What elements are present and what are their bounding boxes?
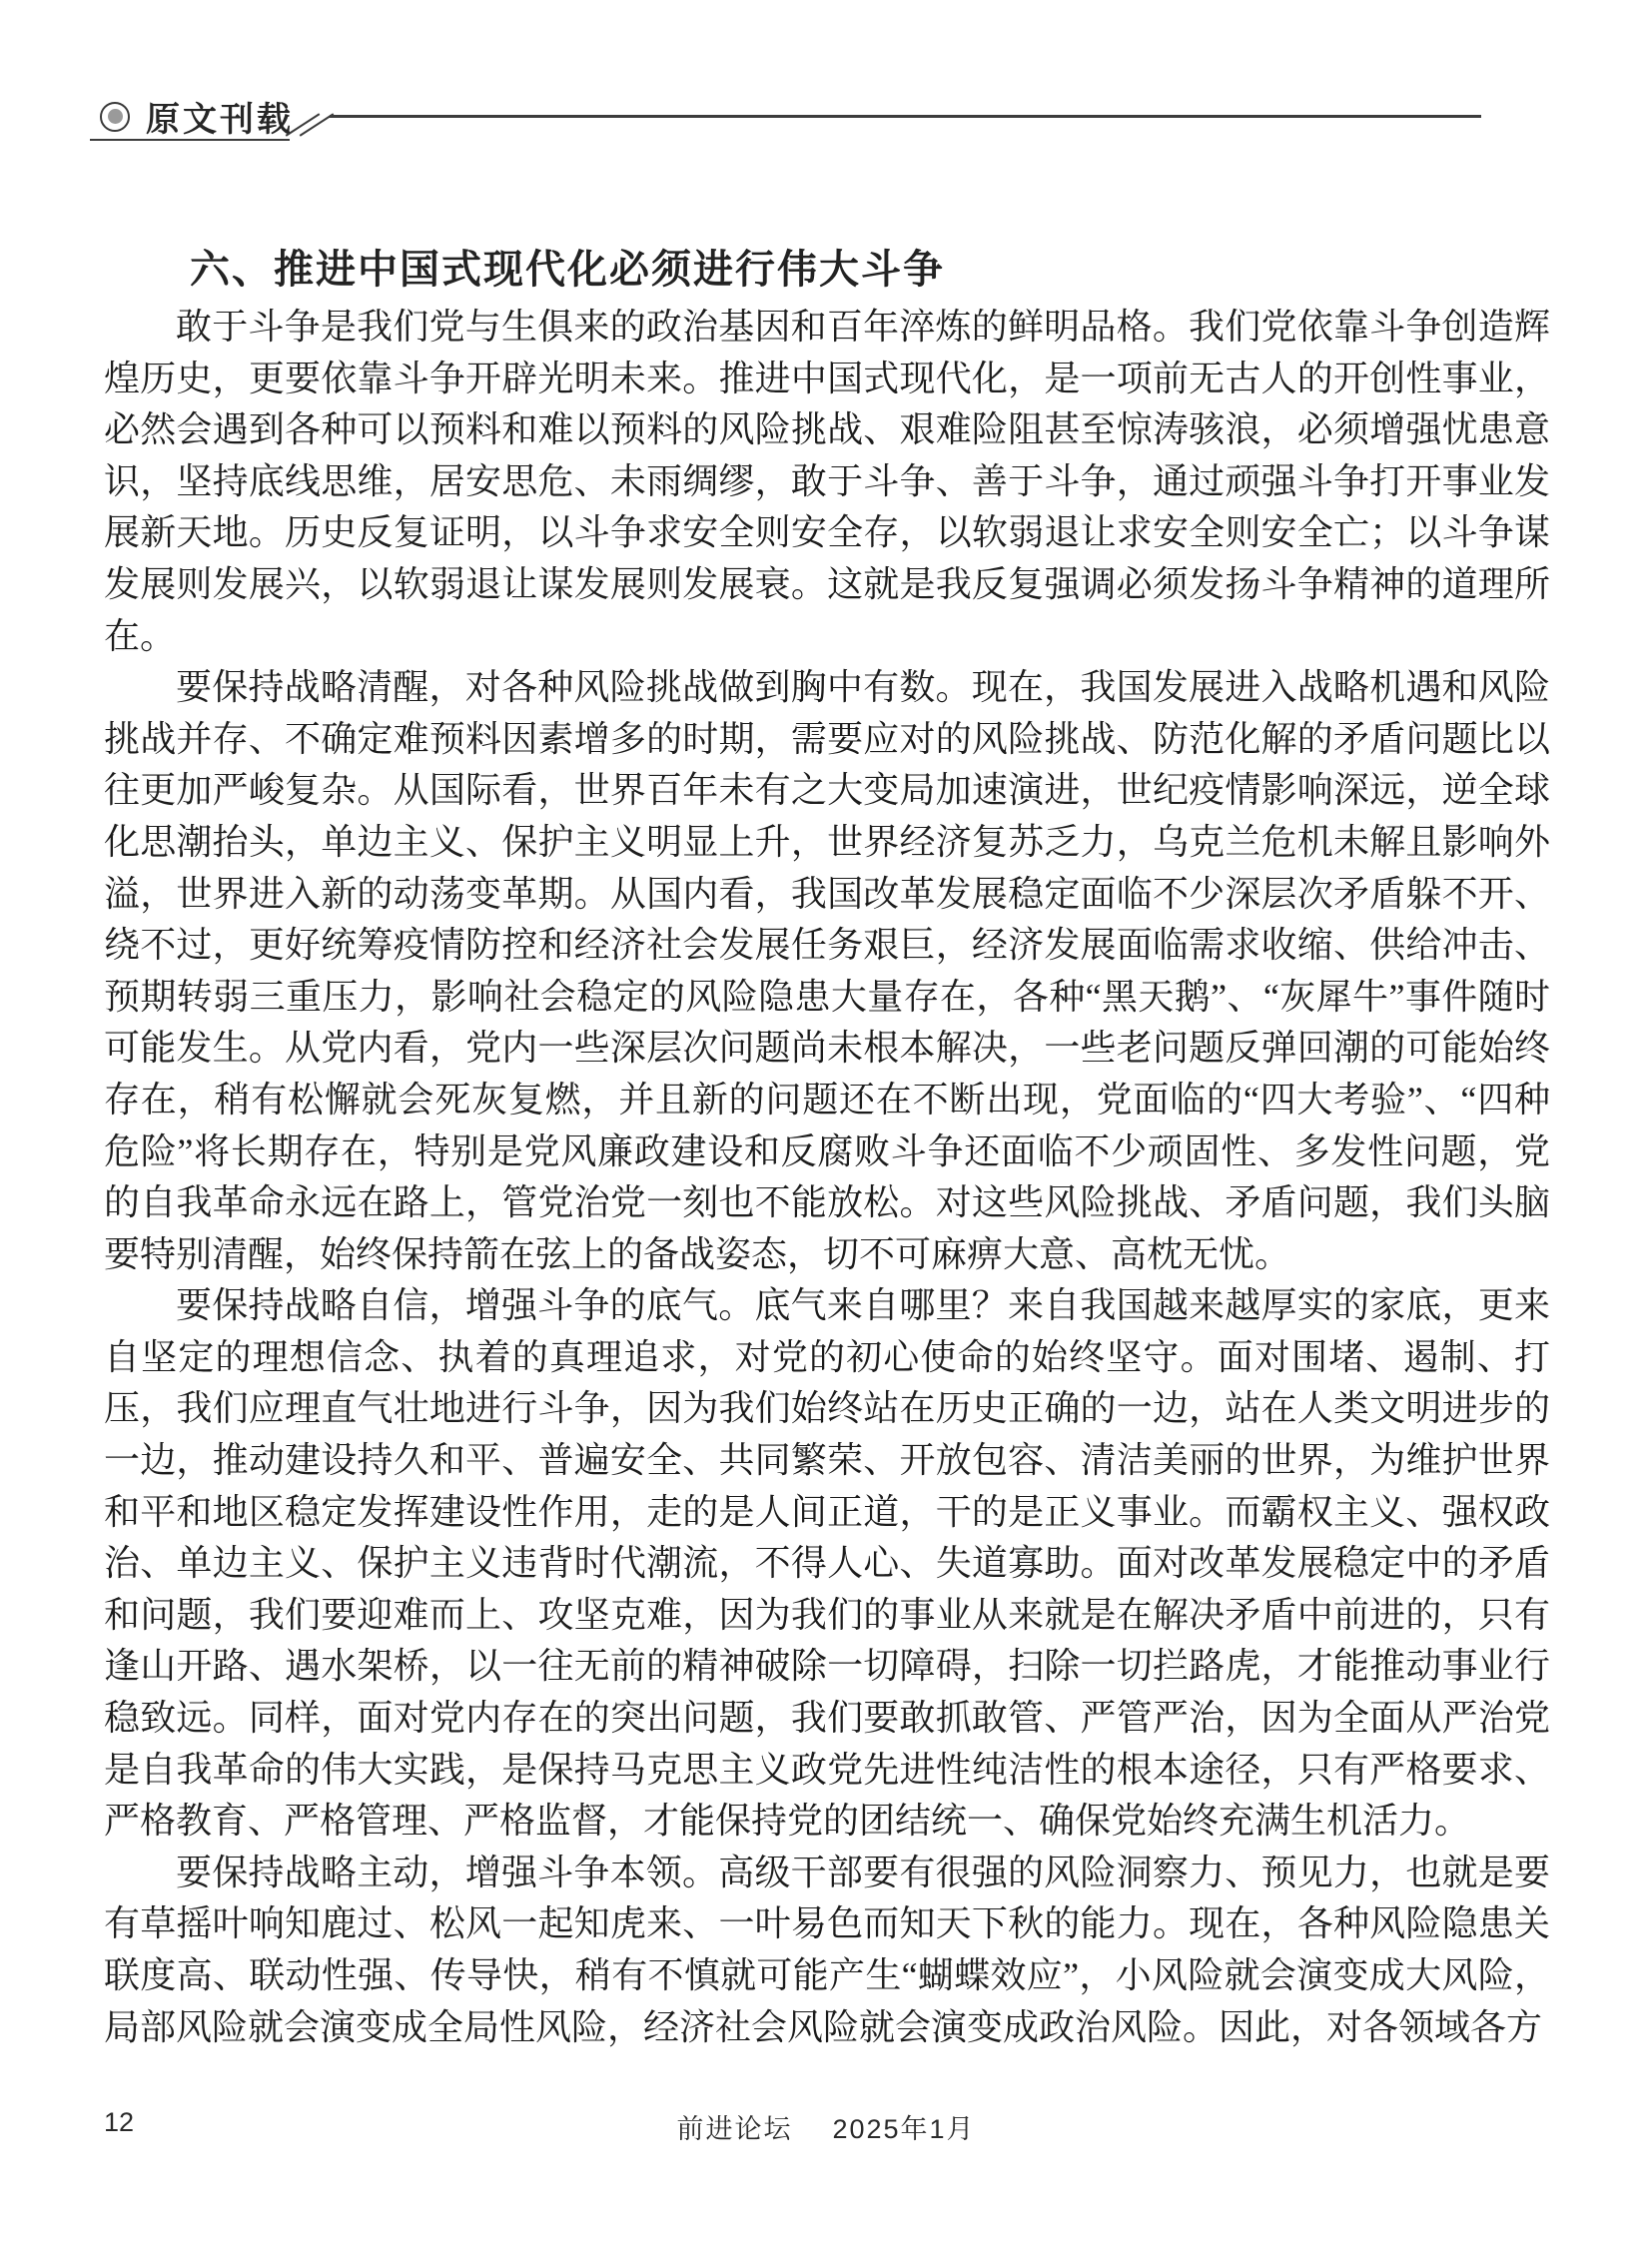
footer-center: 前进论坛2025年1月	[0, 2107, 1652, 2146]
bullseye-icon	[100, 102, 130, 132]
footer-issue-date: 2025年1月	[832, 2114, 975, 2144]
footer-journal-title: 前进论坛	[676, 2114, 792, 2144]
body-paragraph: 敢于斗争是我们党与生俱来的政治基因和百年淬炼的鲜明品格。我们党依靠斗争创造辉煌历…	[104, 302, 1550, 662]
body-paragraph: 要保持战略自信，增强斗争的底气。底气来自哪里？来自我国越来越厚实的家底，更来自坚…	[104, 1280, 1550, 1848]
bullseye-dot	[108, 109, 123, 124]
body-paragraph: 要保持战略主动，增强斗争本领。高级干部要有很强的风险洞察力、预见力，也就是要有草…	[104, 1848, 1550, 2053]
page-header: 原文刊载	[100, 92, 294, 141]
header-label: 原文刊载	[146, 92, 294, 141]
section-title: 六、推进中国式现代化必须进行伟大斗争	[190, 238, 945, 295]
magazine-page: 原文刊载 六、推进中国式现代化必须进行伟大斗争 敢于斗争是我们党与生俱来的政治基…	[0, 0, 1652, 2242]
page-footer: 12 前进论坛2025年1月	[0, 2107, 1652, 2147]
header-rule-short	[90, 139, 290, 141]
header-rule-long	[330, 115, 1481, 118]
article-body: 敢于斗争是我们党与生俱来的政治基因和百年淬炼的鲜明品格。我们党依靠斗争创造辉煌历…	[104, 302, 1550, 2053]
body-paragraph: 要保持战略清醒，对各种风险挑战做到胸中有数。现在，我国发展进入战略机遇和风险挑战…	[104, 662, 1550, 1280]
